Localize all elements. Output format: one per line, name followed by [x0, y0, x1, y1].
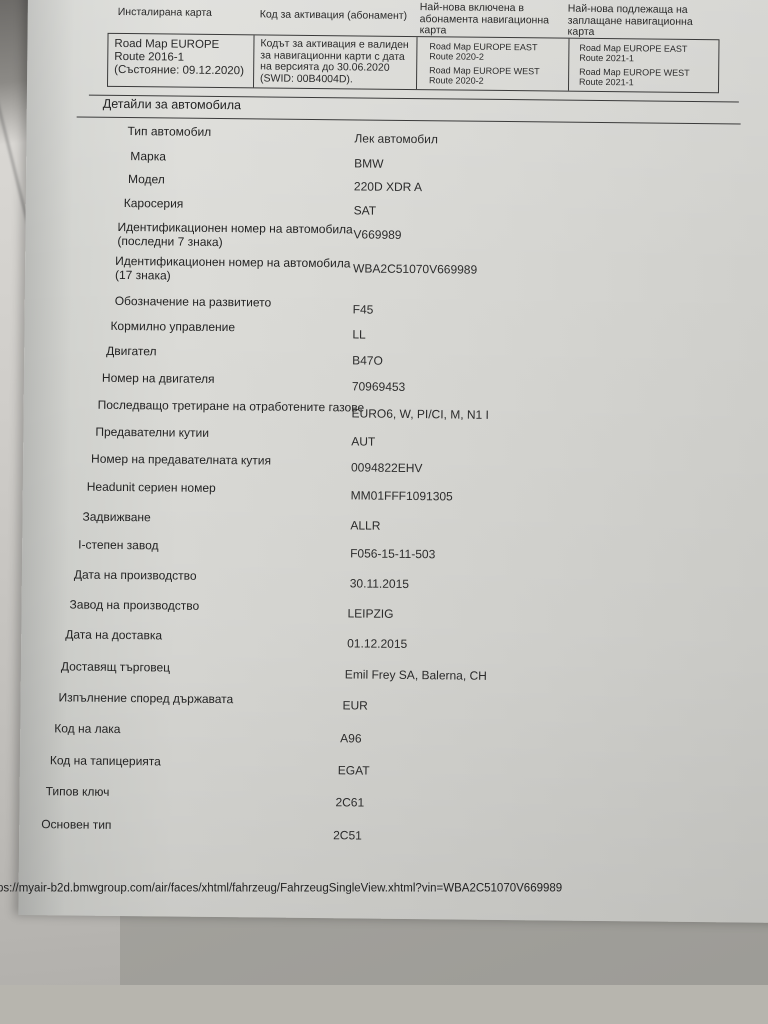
- detail-value: 30.11.2015: [350, 576, 409, 591]
- detail-label: Номер на предавателната кутия: [91, 453, 271, 468]
- detail-value: AUT: [351, 434, 375, 448]
- detail-label: Код на тапицерията: [50, 754, 161, 769]
- detail-label: Идентификационен номер на автомобила (17…: [115, 255, 365, 285]
- detail-value: 70969453: [352, 379, 406, 394]
- detail-label: I-степен завод: [78, 539, 158, 553]
- detail-label: Завод на производство: [69, 598, 199, 613]
- detail-label: Тип автомобил: [127, 125, 211, 139]
- detail-label: Каросерия: [124, 197, 184, 211]
- detail-label: Предавателни кутии: [95, 426, 209, 441]
- detail-value: 2C51: [333, 828, 362, 842]
- detail-label: Задвижване: [82, 511, 150, 525]
- header-latest-included: Най-нова включена в абонамента навигацио…: [420, 2, 570, 38]
- detail-value: WBA2C51070V669989: [353, 261, 477, 276]
- detail-label: Код на лака: [54, 722, 120, 736]
- detail-label: Дата на производство: [74, 569, 197, 584]
- latest-paid-west: Road Map EUROPE WEST Route 2021-1: [579, 67, 712, 88]
- detail-value: BMW: [354, 156, 383, 170]
- detail-label: Доставящ търговец: [61, 660, 170, 675]
- detail-label: Кормилно управление: [110, 320, 235, 335]
- detail-label: Дата на доставка: [65, 628, 162, 643]
- photo-scene: Инсталирана карта Код за активация (абон…: [0, 0, 768, 1024]
- detail-value: 2C61: [335, 795, 364, 809]
- detail-value: F45: [353, 302, 374, 316]
- detail-label: Основен тип: [41, 818, 111, 832]
- detail-value: Emil Frey SA, Balerna, CH: [345, 667, 487, 682]
- detail-value: SAT: [354, 203, 377, 217]
- detail-value: EUR: [342, 698, 367, 712]
- detail-value: A96: [340, 731, 362, 745]
- latest-paid-east: Road Map EUROPE EAST Route 2021-1: [579, 43, 712, 64]
- detail-label: Марка: [130, 150, 166, 164]
- detail-label: Последващо третиране на отработените газ…: [98, 399, 365, 415]
- detail-value: F056-15-11-503: [350, 546, 435, 561]
- table-surface: [0, 985, 768, 1024]
- activation-code-cell: Кодът за активация е валиден за навигаци…: [254, 35, 418, 89]
- detail-label: Двигател: [106, 345, 157, 359]
- map-table: Road Map EUROPE Route 2016-1 (Състояние:…: [107, 33, 720, 93]
- detail-label: Изпълнение според държавата: [59, 691, 234, 706]
- detail-label: Идентификационен номер на автомобила (по…: [117, 221, 367, 251]
- latest-included-east: Road Map EUROPE EAST Route 2020-2: [429, 41, 562, 62]
- detail-value: Лек автомобил: [354, 131, 438, 146]
- detail-value: 220D XDR A: [354, 179, 422, 194]
- detail-label: Номер на двигателя: [102, 372, 215, 387]
- detail-label: Обозначение на развитието: [115, 295, 272, 310]
- detail-value: EURO6, W, PI/CI, M, N1 I: [352, 406, 489, 421]
- detail-label: Headunit сериен номер: [87, 481, 216, 496]
- detail-value: V669989: [353, 227, 401, 242]
- detail-label: Модел: [128, 173, 165, 187]
- detail-value: MM01FFF1091305: [351, 488, 453, 503]
- detail-value: LEIPZIG: [347, 606, 393, 620]
- detail-value: B47O: [352, 353, 383, 367]
- detail-value: ALLR: [350, 518, 380, 532]
- detail-value: EGAT: [338, 763, 370, 777]
- detail-value: 01.12.2015: [347, 636, 407, 651]
- detail-label: Типов ключ: [46, 785, 110, 799]
- header-installed-map: Инсталирана карта: [118, 7, 212, 19]
- detail-value: LL: [352, 327, 366, 341]
- divider-bottom: [77, 117, 741, 125]
- installed-map-cell: Road Map EUROPE Route 2016-1 (Състояние:…: [108, 34, 255, 88]
- section-title: Детайли за автомобила: [103, 97, 241, 112]
- latest-included-west: Road Map EUROPE WEST Route 2020-2: [429, 65, 562, 86]
- header-latest-paid: Най-нова подлежаща на заплащане навигаци…: [568, 4, 718, 40]
- latest-paid-cell: Road Map EUROPE EAST Route 2021-1 Road M…: [569, 39, 719, 93]
- detail-value: 0094822EHV: [351, 460, 423, 475]
- latest-included-cell: Road Map EUROPE EAST Route 2020-2 Road M…: [417, 37, 570, 91]
- source-url: ttps://myair-b2d.bmwgroup.com/air/faces/…: [0, 883, 562, 895]
- printed-page: Инсталирана карта Код за активация (абон…: [18, 0, 768, 923]
- header-activation-code: Код за активация (абонамент): [260, 9, 407, 22]
